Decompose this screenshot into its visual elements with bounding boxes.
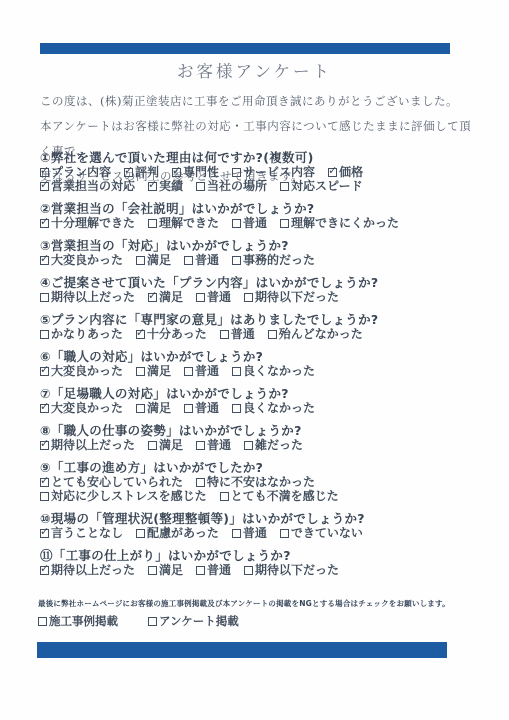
answer-option: サービス内容 xyxy=(232,165,315,179)
answer-option: とても安心していられた xyxy=(40,475,183,489)
questions-list: ①弊社を選んで頂いた理由は何ですか?(複数可)プラン内容評判専門性サービス内容価… xyxy=(40,151,482,586)
checkbox-empty-icon xyxy=(136,529,145,538)
checkbox-empty-icon xyxy=(232,256,241,265)
survey-document: お客様アンケート この度は、(株)菊正塗装店に工事をご用命頂き誠にありがとうござ… xyxy=(0,0,509,720)
answer-label: 十分理解できた xyxy=(51,216,135,230)
answer-label: 価格 xyxy=(339,165,363,179)
checkbox-empty-icon xyxy=(280,182,289,191)
answer-option: 当社の場所 xyxy=(196,179,267,193)
answer-option: 十分理解できた xyxy=(40,216,135,230)
answer-row: 期待以上だった満足普通期待以下だった xyxy=(40,290,482,304)
answer-option: 普通 xyxy=(220,327,255,341)
checkbox-checked-icon xyxy=(148,182,157,191)
answer-label: 普通 xyxy=(195,401,219,415)
answer-label: とても安心していられた xyxy=(51,475,183,489)
answer-row: とても安心していられた特に不安はなかった xyxy=(40,475,482,489)
checkbox-empty-icon xyxy=(136,256,145,265)
answer-label: 専門性 xyxy=(183,165,219,179)
checkbox-empty-icon xyxy=(184,256,193,265)
answer-option: 期待以下だった xyxy=(244,563,339,577)
answer-row: 大変良かった満足普通事務的だった xyxy=(40,253,482,267)
checkbox-empty-icon xyxy=(196,293,205,302)
checkbox-empty-icon xyxy=(184,367,193,376)
answer-label: 施工事例掲載 xyxy=(49,613,118,629)
answer-option: 殆んどなかった xyxy=(268,327,363,341)
question-block: ⑤プラン内容に「専門家の意見」はありましたでしょうか?かなりあった十分あった普通… xyxy=(40,313,482,341)
answer-label: 普通 xyxy=(195,364,219,378)
answer-row: 期待以上だった満足普通期待以下だった xyxy=(40,563,482,577)
answer-option: 普通 xyxy=(196,290,231,304)
answer-label: 満足 xyxy=(159,290,183,304)
answer-label: 期待以上だった xyxy=(51,438,135,452)
checkbox-empty-icon xyxy=(232,404,241,413)
intro-line: この度は、(株)菊正塗装店に工事をご用命頂き誠にありがとうございました。 xyxy=(40,89,480,114)
answer-option: プラン内容 xyxy=(40,165,111,179)
answer-label: プラン内容 xyxy=(51,165,111,179)
question-block: ⑦「足場職人の対応」はいかがでしょうか?大変良かった満足普通良くなかった xyxy=(40,387,482,415)
checkbox-empty-icon xyxy=(196,478,205,487)
question-title: ⑥「職人の対応」はいかがでしょうか? xyxy=(40,350,482,364)
answer-option: 普通 xyxy=(196,563,231,577)
checkbox-empty-icon xyxy=(148,617,157,626)
answer-option: 普通 xyxy=(232,216,267,230)
answer-option: 期待以上だった xyxy=(40,563,135,577)
question-block: ③営業担当の「対応」はいかがでしょうか?大変良かった満足普通事務的だった xyxy=(40,239,482,267)
answer-option: 価格 xyxy=(328,165,363,179)
checkbox-checked-icon xyxy=(136,330,145,339)
answer-label: 普通 xyxy=(231,327,255,341)
question-title: ②営業担当の「会社説明」はいかがでしょうか? xyxy=(40,202,482,216)
bottom-divider-bar xyxy=(37,642,447,658)
answer-label: 普通 xyxy=(243,216,267,230)
checkbox-empty-icon xyxy=(268,330,277,339)
answer-label: 満足 xyxy=(147,364,171,378)
question-title: ⑪「工事の仕上がり」はいかがでしょうか? xyxy=(40,549,482,563)
answer-label: かなりあった xyxy=(51,327,123,341)
checkbox-empty-icon xyxy=(232,529,241,538)
answer-label: 期待以上だった xyxy=(51,563,135,577)
answer-label: 言うことなし xyxy=(51,526,123,540)
answer-label: 実績 xyxy=(159,179,183,193)
checkbox-empty-icon xyxy=(232,367,241,376)
checkbox-empty-icon xyxy=(232,168,241,177)
answer-label: 満足 xyxy=(159,438,183,452)
answer-option: 実績 xyxy=(148,179,183,193)
answer-label: とても不満を感じた xyxy=(231,489,339,503)
question-title: ①弊社を選んで頂いた理由は何ですか?(複数可) xyxy=(40,151,482,165)
answer-option: 普通 xyxy=(184,364,219,378)
answer-option: 大変良かった xyxy=(40,364,123,378)
answer-label: 対応スピード xyxy=(291,179,363,193)
answer-option: 雑だった xyxy=(244,438,303,452)
question-title: ③営業担当の「対応」はいかがでしょうか? xyxy=(40,239,482,253)
answer-row: 大変良かった満足普通良くなかった xyxy=(40,401,482,415)
answer-option: 普通 xyxy=(196,438,231,452)
answer-option: 大変良かった xyxy=(40,401,123,415)
answer-option: 特に不安はなかった xyxy=(196,475,315,489)
answer-option: 施工事例掲載 xyxy=(38,613,118,629)
checkbox-empty-icon xyxy=(148,566,157,575)
answer-row: 対応に少しストレスを感じたとても不満を感じた xyxy=(40,489,482,503)
answer-label: 普通 xyxy=(243,526,267,540)
checkbox-checked-icon xyxy=(172,168,181,177)
checkbox-empty-icon xyxy=(148,219,157,228)
answer-label: 期待以下だった xyxy=(255,290,339,304)
answer-row: 大変良かった満足普通良くなかった xyxy=(40,364,482,378)
question-block: ①弊社を選んで頂いた理由は何ですか?(複数可)プラン内容評判専門性サービス内容価… xyxy=(40,151,482,193)
checkbox-empty-icon xyxy=(196,441,205,450)
question-block: ⑨「工事の進め方」はいかがでしたか?とても安心していられた特に不安はなかった対応… xyxy=(40,461,482,503)
answer-option: 期待以上だった xyxy=(40,290,135,304)
answer-label: 普通 xyxy=(207,438,231,452)
checkbox-empty-icon xyxy=(40,330,49,339)
checkbox-empty-icon xyxy=(184,404,193,413)
checkbox-empty-icon xyxy=(244,441,253,450)
checkbox-empty-icon xyxy=(220,492,229,501)
answer-label: 事務的だった xyxy=(243,253,315,267)
page-title: お客様アンケート xyxy=(0,58,509,82)
footer-options: 施工事例掲載アンケート掲載 xyxy=(38,613,239,629)
answer-option: かなりあった xyxy=(40,327,123,341)
question-block: ⑩現場の「管理状況(整理整頓等)」はいかがでしょうか?言うことなし配慮があった普… xyxy=(40,512,482,540)
answer-label: 特に不安はなかった xyxy=(207,475,315,489)
answer-option: 良くなかった xyxy=(232,364,315,378)
answer-row: 営業担当の対応実績当社の場所対応スピード xyxy=(40,179,482,193)
answer-option: 満足 xyxy=(148,563,183,577)
answer-option: 十分あった xyxy=(136,327,207,341)
answer-label: 大変良かった xyxy=(51,364,123,378)
answer-label: 大変良かった xyxy=(51,253,123,267)
checkbox-checked-icon xyxy=(40,219,49,228)
checkbox-checked-icon xyxy=(124,168,133,177)
answer-label: 良くなかった xyxy=(243,364,315,378)
answer-option: 理解できにくかった xyxy=(280,216,399,230)
answer-label: 理解できにくかった xyxy=(291,216,399,230)
checkbox-empty-icon xyxy=(136,404,145,413)
answer-label: 満足 xyxy=(147,401,171,415)
question-block: ②営業担当の「会社説明」はいかがでしょうか?十分理解できた理解できた普通理解でき… xyxy=(40,202,482,230)
answer-row: かなりあった十分あった普通殆んどなかった xyxy=(40,327,482,341)
answer-label: 普通 xyxy=(195,253,219,267)
question-title: ④ご提案させて頂いた「プラン内容」はいかがでしょうか? xyxy=(40,276,482,290)
question-title: ⑤プラン内容に「専門家の意見」はありましたでしょうか? xyxy=(40,313,482,327)
checkbox-checked-icon xyxy=(40,168,49,177)
answer-label: 当社の場所 xyxy=(207,179,267,193)
answer-label: 十分あった xyxy=(147,327,207,341)
answer-row: 期待以上だった満足普通雑だった xyxy=(40,438,482,452)
checkbox-empty-icon xyxy=(280,219,289,228)
checkbox-checked-icon xyxy=(40,441,49,450)
checkbox-empty-icon xyxy=(196,182,205,191)
checkbox-empty-icon xyxy=(196,566,205,575)
answer-label: 満足 xyxy=(159,563,183,577)
checkbox-checked-icon xyxy=(40,529,49,538)
answer-option: 対応スピード xyxy=(280,179,363,193)
answer-option: 普通 xyxy=(184,253,219,267)
answer-option: 理解できた xyxy=(148,216,219,230)
checkbox-checked-icon xyxy=(40,182,49,191)
answer-option: 普通 xyxy=(184,401,219,415)
answer-option: 大変良かった xyxy=(40,253,123,267)
answer-label: アンケート掲載 xyxy=(159,613,239,629)
question-title: ⑧「職人の仕事の姿勢」はいかがでしょうか? xyxy=(40,424,482,438)
answer-label: 期待以上だった xyxy=(51,290,135,304)
answer-label: 殆んどなかった xyxy=(279,327,363,341)
answer-label: 営業担当の対応 xyxy=(51,179,135,193)
answer-option: 満足 xyxy=(136,253,171,267)
answer-row: プラン内容評判専門性サービス内容価格 xyxy=(40,165,482,179)
checkbox-empty-icon xyxy=(220,330,229,339)
answer-option: 普通 xyxy=(232,526,267,540)
checkbox-empty-icon xyxy=(136,367,145,376)
answer-option: アンケート掲載 xyxy=(148,613,239,629)
answer-label: 大変良かった xyxy=(51,401,123,415)
answer-option: とても不満を感じた xyxy=(220,489,339,503)
answer-option: 満足 xyxy=(148,290,183,304)
checkbox-empty-icon xyxy=(40,293,49,302)
answer-option: 期待以下だった xyxy=(244,290,339,304)
answer-label: 普通 xyxy=(207,563,231,577)
answer-label: サービス内容 xyxy=(243,165,315,179)
footer-note: 最後に弊社ホームページにお客様の施工事例掲載及び本アンケートの掲載をNGとする場… xyxy=(38,598,488,609)
answer-option: 営業担当の対応 xyxy=(40,179,135,193)
checkbox-checked-icon xyxy=(148,293,157,302)
answer-option: 良くなかった xyxy=(232,401,315,415)
answer-row: 言うことなし配慮があった普通できていない xyxy=(40,526,482,540)
answer-option: 満足 xyxy=(148,438,183,452)
answer-label: 理解できた xyxy=(159,216,219,230)
answer-option: 配慮があった xyxy=(136,526,219,540)
answer-row: 十分理解できた理解できた普通理解できにくかった xyxy=(40,216,482,230)
question-block: ⑧「職人の仕事の姿勢」はいかがでしょうか?期待以上だった満足普通雑だった xyxy=(40,424,482,452)
question-block: ⑥「職人の対応」はいかがでしょうか?大変良かった満足普通良くなかった xyxy=(40,350,482,378)
question-title: ⑦「足場職人の対応」はいかがでしょうか? xyxy=(40,387,482,401)
answer-option: 満足 xyxy=(136,401,171,415)
answer-label: 配慮があった xyxy=(147,526,219,540)
question-block: ④ご提案させて頂いた「プラン内容」はいかがでしょうか?期待以上だった満足普通期待… xyxy=(40,276,482,304)
checkbox-checked-icon xyxy=(40,404,49,413)
answer-option: 言うことなし xyxy=(40,526,123,540)
checkbox-checked-icon xyxy=(40,478,49,487)
answer-option: 期待以上だった xyxy=(40,438,135,452)
answer-label: 期待以下だった xyxy=(255,563,339,577)
checkbox-checked-icon xyxy=(40,566,49,575)
checkbox-empty-icon xyxy=(244,566,253,575)
answer-option: 事務的だった xyxy=(232,253,315,267)
question-title: ⑩現場の「管理状況(整理整頓等)」はいかがでしょうか? xyxy=(40,512,482,526)
checkbox-empty-icon xyxy=(244,293,253,302)
checkbox-checked-icon xyxy=(328,168,337,177)
top-divider-bar xyxy=(40,43,450,54)
question-block: ⑪「工事の仕上がり」はいかがでしょうか?期待以上だった満足普通期待以下だった xyxy=(40,549,482,577)
answer-label: 良くなかった xyxy=(243,401,315,415)
answer-option: 対応に少しストレスを感じた xyxy=(40,489,207,503)
checkbox-empty-icon xyxy=(280,529,289,538)
checkbox-empty-icon xyxy=(232,219,241,228)
checkbox-empty-icon xyxy=(148,441,157,450)
answer-label: 満足 xyxy=(147,253,171,267)
answer-label: 対応に少しストレスを感じた xyxy=(51,489,207,503)
answer-option: できていない xyxy=(280,526,363,540)
checkbox-checked-icon xyxy=(40,256,49,265)
checkbox-checked-icon xyxy=(40,367,49,376)
answer-label: できていない xyxy=(291,526,363,540)
checkbox-empty-icon xyxy=(40,492,49,501)
answer-label: 普通 xyxy=(207,290,231,304)
answer-label: 雑だった xyxy=(255,438,303,452)
answer-option: 満足 xyxy=(136,364,171,378)
answer-option: 専門性 xyxy=(172,165,219,179)
question-title: ⑨「工事の進め方」はいかがでしたか? xyxy=(40,461,482,475)
checkbox-empty-icon xyxy=(38,617,47,626)
